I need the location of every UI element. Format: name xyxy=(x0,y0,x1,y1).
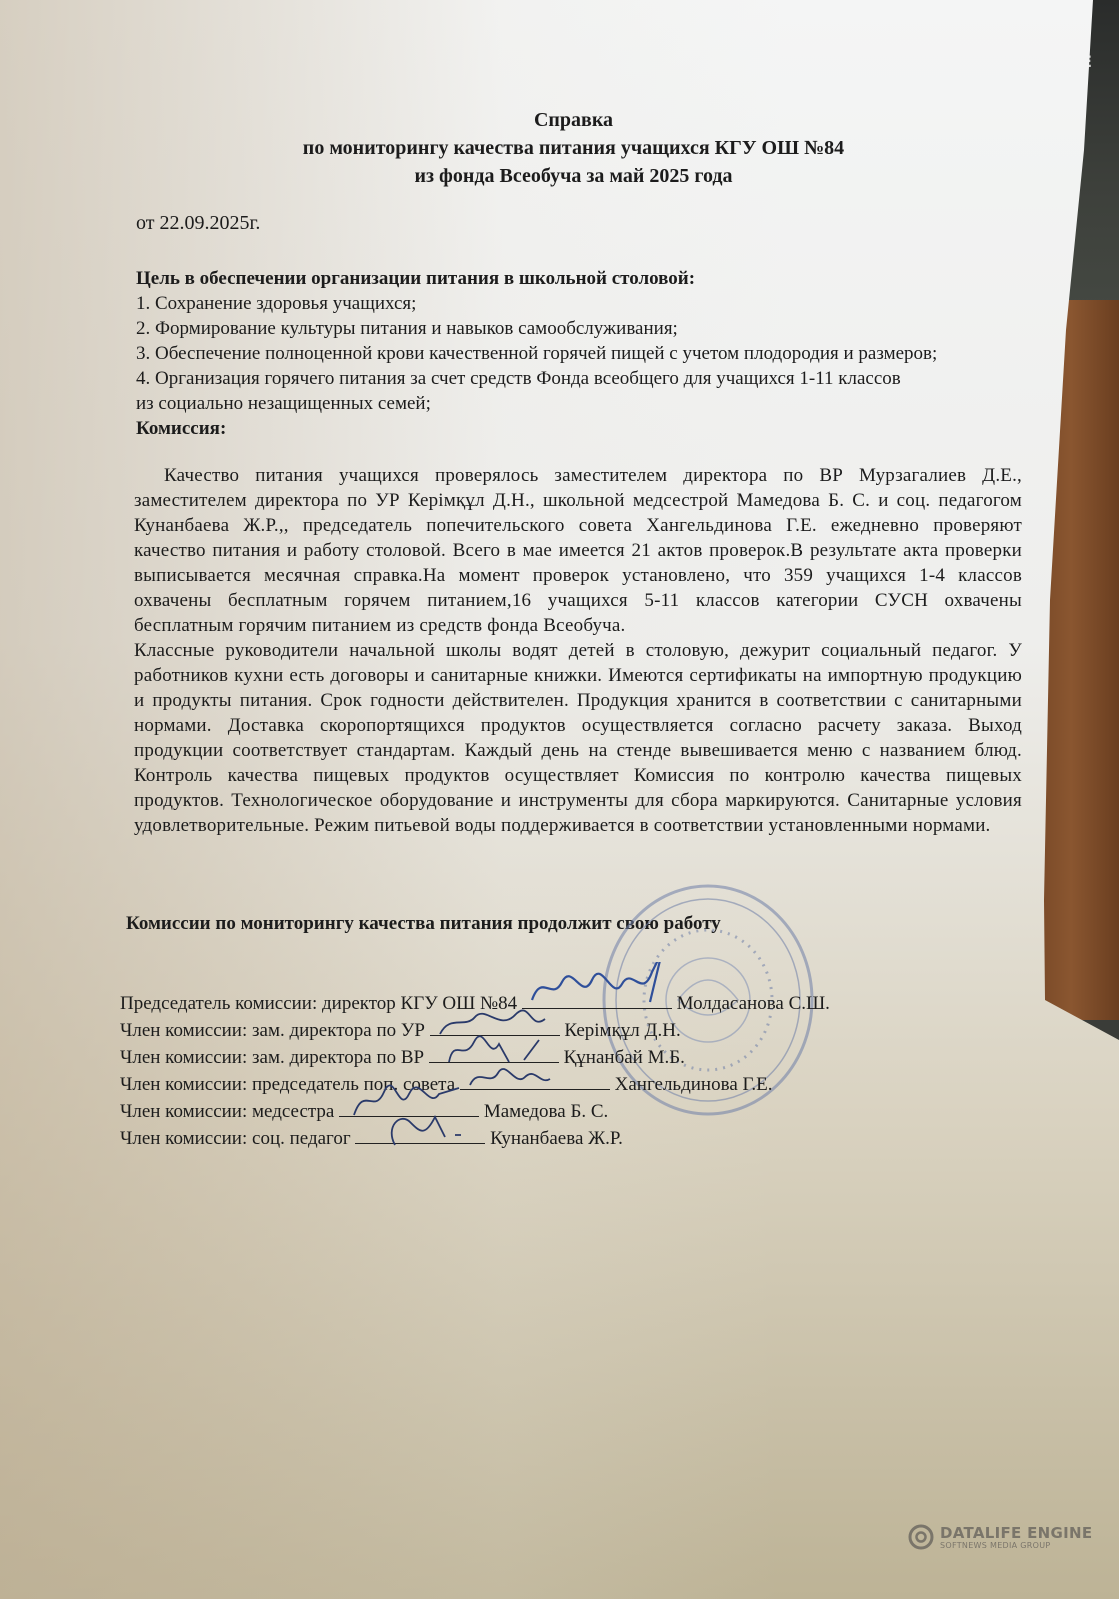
commission-body: Качество питания учащихся проверялось за… xyxy=(134,463,1022,838)
signatory-name: Керімқұл Д.Н. xyxy=(564,1020,680,1041)
signature-icon xyxy=(355,1107,485,1147)
goals-heading: Цель в обеспечении организации питания в… xyxy=(136,266,1016,291)
signatory-name: Хангельдинова Г.Е. xyxy=(615,1074,773,1095)
document-date: от 22.09.2025г. xyxy=(136,212,260,235)
signatory-name: Кунанбаева Ж.Р. xyxy=(490,1128,623,1149)
signatory-name: Мамедова Б. С. xyxy=(484,1101,608,1122)
signature-icon xyxy=(522,962,672,1012)
signature-icon xyxy=(460,1063,610,1093)
paragraph-conditions: Классные руководители начальной школы во… xyxy=(134,638,1022,838)
document-title: Справка xyxy=(28,106,1119,134)
signatory-name: Молдасанова С.Ш. xyxy=(677,993,830,1014)
paragraph-inspection: Качество питания учащихся проверялось за… xyxy=(134,463,1022,638)
goals-section: Цель в обеспечении организации питания в… xyxy=(136,266,1016,441)
document-subtitle-line1: по мониторингу качества питания учащихся… xyxy=(28,134,1119,162)
goal-item: 4. Организация горячего питания за счет … xyxy=(136,366,916,416)
signature-line xyxy=(460,1071,610,1090)
datalife-logo-icon xyxy=(908,1524,934,1550)
signatory-role: Член комиссии: медсестра xyxy=(120,1101,334,1122)
signatory-role: Член комиссии: зам. директора по УР xyxy=(120,1020,425,1041)
signatory-role: Член комиссии: соц. педагог xyxy=(120,1128,351,1149)
watermark-subtitle: SOFTNEWS MEDIA GROUP xyxy=(940,1541,1092,1550)
signatory-role: Член комиссии: зам. директора по ВР xyxy=(120,1047,424,1068)
goal-item: 1. Сохранение здоровья учащихся; xyxy=(136,291,1016,316)
signature-icon xyxy=(429,1032,559,1066)
signature-line xyxy=(429,1044,559,1063)
signature-row-social-pedagogue: Член комиссии: соц. педагог Кунанбаева Ж… xyxy=(120,1125,830,1152)
signature-line xyxy=(355,1125,485,1144)
watermark-title: DATALIFE ENGINE xyxy=(940,1525,1092,1541)
commission-heading: Комиссия: xyxy=(136,416,1016,441)
watermark: DATALIFE ENGINE SOFTNEWS MEDIA GROUP xyxy=(908,1524,1092,1550)
signature-line xyxy=(522,990,672,1009)
signatures-block: Председатель комиссии: директор КГУ ОШ №… xyxy=(120,990,830,1152)
document-subtitle-line2: из фонда Всеобуча за май 2025 года xyxy=(28,162,1119,190)
goal-item: 2. Формирование культуры питания и навык… xyxy=(136,316,1016,341)
title-block: Справка по мониторингу качества питания … xyxy=(0,106,1119,190)
goal-item: 3. Обеспечение полноценной крови качеств… xyxy=(136,341,976,366)
